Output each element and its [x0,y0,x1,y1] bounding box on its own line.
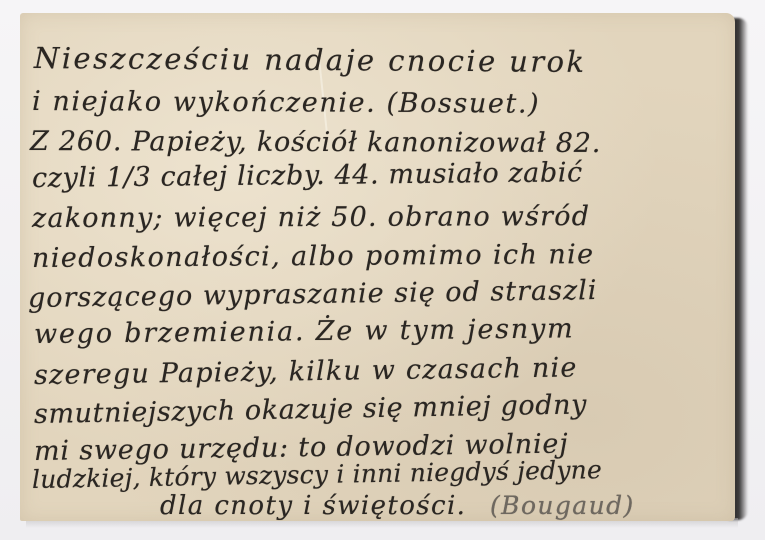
closing-text: dla cnoty i świętości. [160,491,466,521]
handwritten-text: Nieszcześciu nadaje cnocie urok i niejak… [20,13,735,521]
text-line-1: Nieszcześciu nadaje cnocie urok [34,41,587,79]
text-line-5: zakonny; więcej niż 50. obrano wśród [32,201,590,234]
text-line-6: niedoskonałości, albo pomimo ich nie [32,239,595,274]
text-line-4: czyli 1/3 całej liczby. 44. musiało zabi… [32,157,583,194]
text-line-8: wego brzemienia. Że w tym jesnym [34,313,575,350]
text-line-10: smutniejszych okazuje się mniej godny [34,389,588,430]
text-line-7: gorszącego wypraszanie się od straszli [28,275,598,314]
attribution-bougaud: (Bougaud) [490,491,635,520]
text-line-2: i niejako wykończenie. (Bossuet.) [32,86,540,120]
postcard: Nieszcześciu nadaje cnocie urok i niejak… [20,13,735,521]
text-line-3: Z 260. Papieży, kościół kanonizował 82. [30,126,601,159]
text-line-9: szeregu Papieży, kilku w czasach nie [34,352,578,391]
text-line-13: dla cnoty i świętości. (Bougaud) [160,491,635,521]
